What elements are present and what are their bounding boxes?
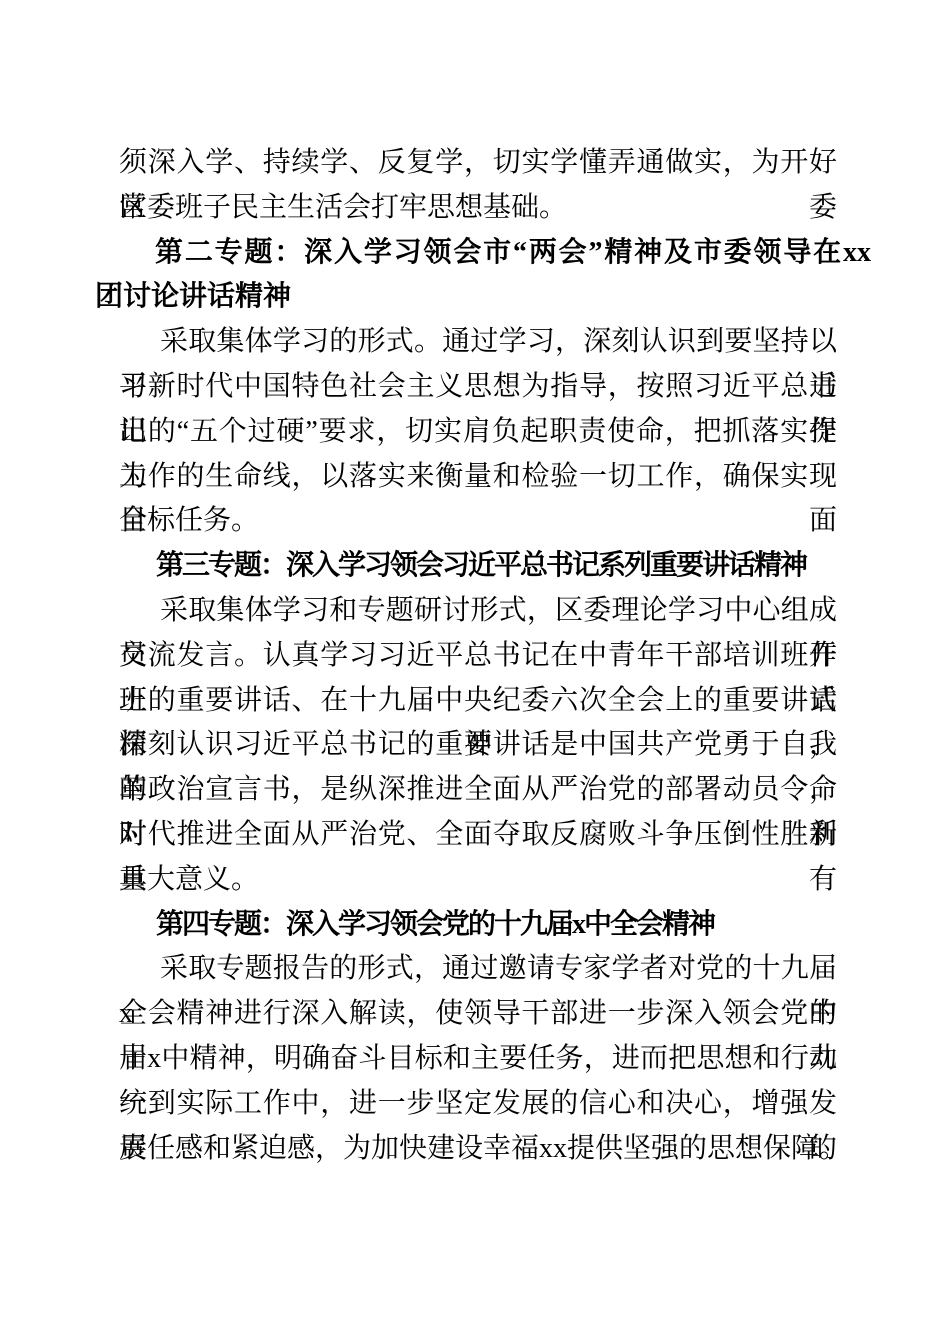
document-viewport: { "page": { "background": "#ffffff", "te… <box>0 0 950 1344</box>
body-line: 上的重要讲话、在十九届中央纪委六次全会上的重要讲话精神， <box>119 679 837 724</box>
heading-line: 第三专题：深入学习领会习近平总书记系列重要讲话精神 <box>156 544 950 589</box>
body-line: 工作的生命线，以落实来衡量和检验一切工作，确保实现全面 <box>119 455 837 500</box>
document-page: 须深入学、持续学、反复学，切实学懂弄通做实，为开好区委常委班子民主生活会打牢思想… <box>0 0 950 1344</box>
body-line: 采取集体学习的形式。通过学习，深刻认识到要坚持以习近 <box>119 320 837 365</box>
body-line: 须深入学、持续学、反复学，切实学懂弄通做实，为开好区委 <box>119 141 837 186</box>
body-line: 届x中精神，明确奋斗目标和主要任务，进而把思想和行动统 <box>119 1037 837 1082</box>
heading-line: 第二专题：深入学习领会市“两会”精神及市委领导在xx <box>155 231 871 276</box>
body-line: 一到实际工作中，进一步坚定发展的信心和决心，增强发展的 <box>119 1082 837 1127</box>
text-block: 须深入学、持续学、反复学，切实学懂弄通做实，为开好区委常委班子民主生活会打牢思想… <box>0 141 950 1171</box>
heading-line: 第四专题：深入学习领会党的十九届x中全会精神 <box>156 903 950 948</box>
body-line: 的政治宣言书，是纵深推进全面从严治党的部署动员令，对新 <box>119 768 837 813</box>
body-line: 采取集体学习和专题研讨形式，区委理论学习中心组成员作 <box>119 589 837 634</box>
body-line: 深刻认识习近平总书记的重要讲话是中国共产党勇于自我革命 <box>119 723 837 768</box>
body-line: 时代推进全面从严治党、全面夺取反腐败斗争压倒性胜利具有 <box>119 813 837 858</box>
body-line: 出的“五个过硬”要求，切实肩负起职责使命，把抓落实作为 <box>119 410 837 455</box>
body-line: 采取专题报告的形式，通过邀请专家学者对党的十九届x中 <box>119 947 837 992</box>
heading-line: 团讨论讲话精神 <box>95 275 950 320</box>
body-line: 责任感和紧迫感，为加快建设幸福xx提供坚强的思想保障。 <box>119 1127 837 1172</box>
body-line: 全会精神进行深入解读，使领导干部进一步深入领会党的十九 <box>119 992 837 1037</box>
body-line: 交流发言。认真学习习近平总书记在中青年干部培训班开班式 <box>119 634 837 679</box>
body-line: 平新时代中国特色社会主义思想为指导，按照习近平总书记提 <box>119 365 837 410</box>
